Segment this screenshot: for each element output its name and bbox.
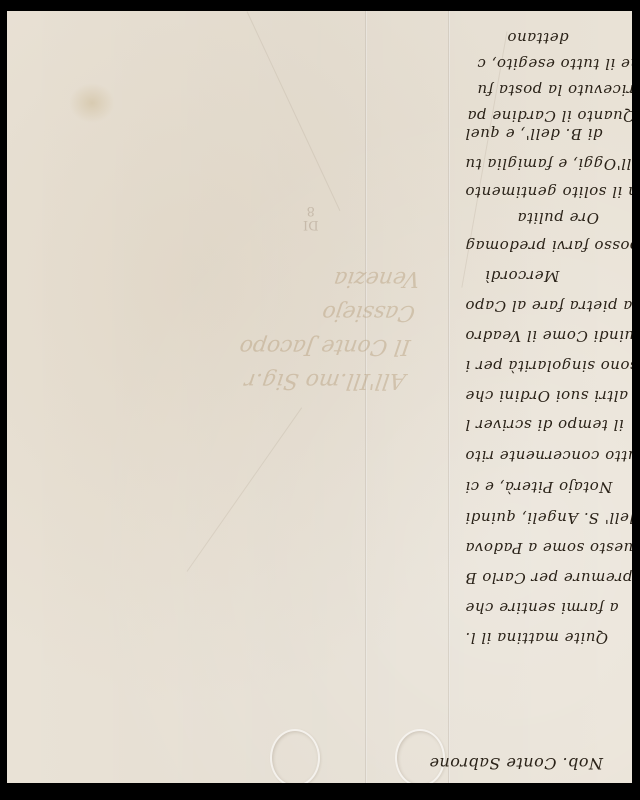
letter-line: di B. dell', e quel (465, 125, 603, 143)
paper-crease (187, 407, 303, 571)
letter-line: a farmi sentire che (465, 599, 618, 617)
fold-line (365, 11, 367, 783)
address-line: Il Conte Jacopo (237, 329, 412, 363)
letter-line: Notajo Piterà, e ci (465, 478, 612, 496)
letter-line: questo some a Padova (465, 539, 632, 557)
faint-postmark: DI 8 (303, 203, 319, 231)
postmark-line: 8 (303, 203, 319, 217)
address-line: All'Ill.mo Sig.r (232, 363, 407, 397)
reverse-address-show-through: All'Ill.mo Sig.r Il Conte Jacopo Cassiej… (232, 261, 422, 397)
paper-crease (247, 11, 341, 211)
embossed-seal (395, 729, 445, 783)
letter-line: Ore pulita (517, 209, 599, 227)
letter-line: sono singolarità per i (465, 357, 632, 375)
address-line: Cassiejo (242, 295, 417, 329)
letter-line: tutto concernente rito (465, 447, 632, 465)
letter-line: Con il solito gentimento (465, 183, 632, 201)
letter-line: il tempo di scriver l (465, 416, 624, 434)
address-line: Venezia (247, 261, 422, 295)
letter-paper: DI 8 All'Ill.mo Sig.r Il Conte Jacopo Ca… (7, 11, 632, 783)
letter-line: premure per Carlo B (465, 569, 632, 587)
letter-line: all'Oggi, e famiglia tu (465, 155, 632, 173)
letter-line: altri suoi Ordini che (465, 387, 628, 405)
signature-line: Nob. Conte Sabrone (429, 754, 603, 773)
postmark-line: DI (303, 217, 319, 231)
handwritten-letter-body: Nob. Conte Sabrone Quite mattina il l. a… (7, 11, 632, 783)
letter-line: che è ricevuto la posta fu (477, 81, 632, 99)
letter-line: dell' S. Angeli, quindi (465, 509, 632, 527)
letter-line: Non posso farvi predomag (465, 237, 632, 255)
letter-line: Mercordì (485, 267, 559, 285)
paper-stain (69, 83, 115, 123)
embossed-seal (270, 729, 320, 783)
letter-line: dettano (507, 29, 569, 47)
letter-line: Quite mattina il l. (465, 629, 608, 647)
letter-line: la pietra fare al Capo (465, 297, 632, 315)
letter-line: Quindi Come il Veadro (465, 327, 632, 345)
fold-line (448, 11, 450, 783)
paper-crease (461, 31, 507, 287)
